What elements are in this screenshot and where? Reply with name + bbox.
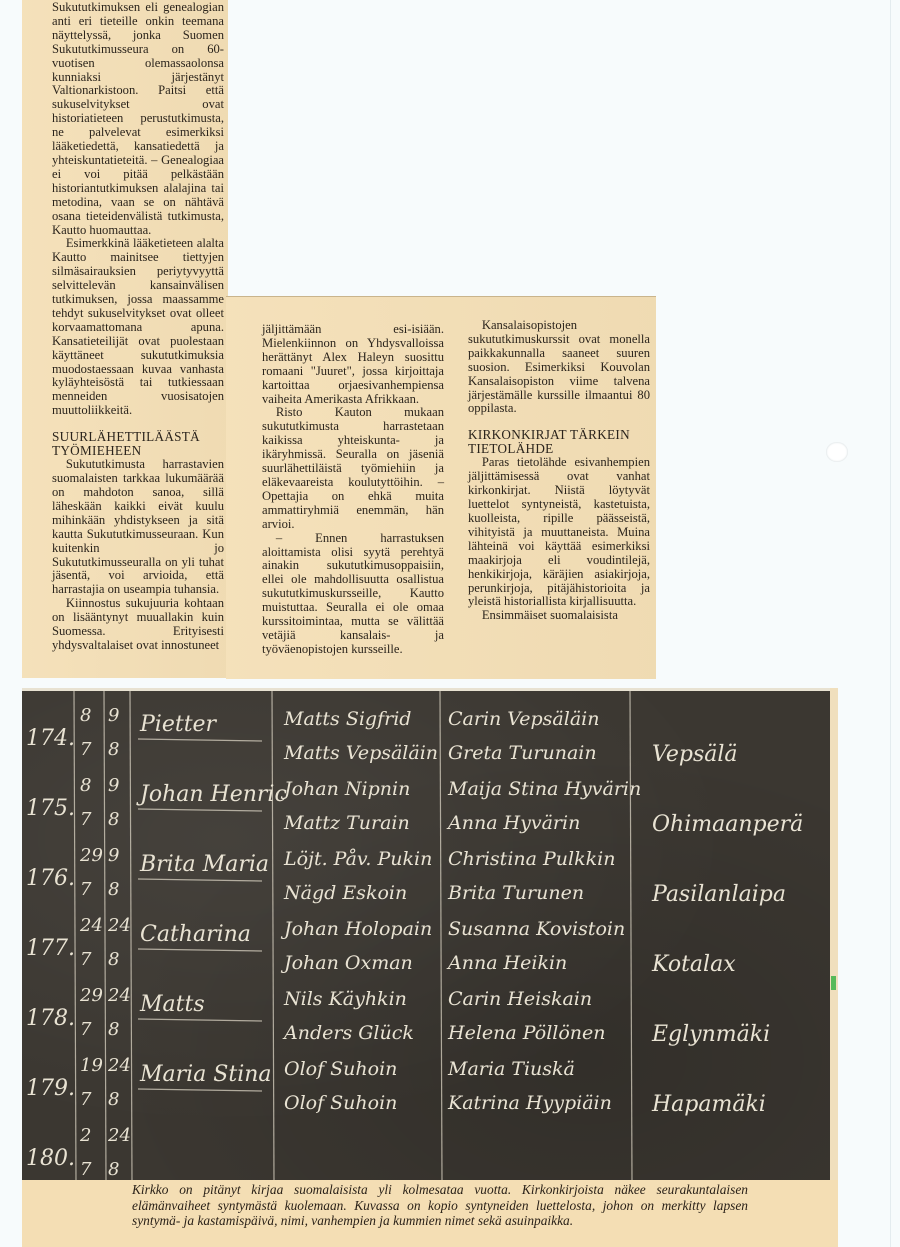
paragraph: Sukututkimuksen eli genealogian anti eri… (52, 1, 224, 237)
svg-text:Anna Heikin: Anna Heikin (446, 952, 567, 974)
svg-text:Olof Suhoin: Olof Suhoin (284, 1092, 397, 1114)
register-photo: 174.8978PietterMatts SigfridMatts Vepsäl… (22, 688, 830, 1183)
svg-text:19: 19 (80, 1055, 103, 1076)
svg-text:8: 8 (80, 705, 91, 726)
svg-text:7: 7 (80, 1019, 92, 1040)
svg-text:Catharina: Catharina (140, 922, 251, 947)
svg-text:176.: 176. (26, 866, 75, 891)
svg-text:8: 8 (108, 809, 119, 830)
paragraph: Risto Kauton mukaan sukututkimusta harra… (262, 406, 444, 531)
svg-text:Johan Holopain: Johan Holopain (280, 918, 432, 940)
svg-text:Susanna Kovistoin: Susanna Kovistoin (448, 918, 625, 940)
svg-text:Ohimaanperä: Ohimaanperä (652, 812, 803, 837)
svg-text:Kotalax: Kotalax (651, 952, 736, 977)
svg-text:24: 24 (107, 985, 131, 1006)
svg-text:7: 7 (80, 879, 92, 900)
svg-text:Matts Sigfrid: Matts Sigfrid (283, 708, 411, 730)
svg-text:9: 9 (108, 775, 119, 796)
svg-text:175.: 175. (26, 796, 75, 821)
svg-text:Carin Heiskain: Carin Heiskain (448, 988, 592, 1010)
svg-text:Johan Henric: Johan Henric (136, 782, 287, 807)
article-column-3: Kansalaisopistojen sukututkimuskurssit o… (468, 319, 650, 623)
paragraph: Esimerkkinä lääketieteen alalta Kautto m… (52, 237, 224, 418)
svg-text:Maria Tiuskä: Maria Tiuskä (447, 1058, 575, 1080)
svg-text:8: 8 (108, 1089, 119, 1110)
svg-text:178.: 178. (26, 1006, 75, 1031)
svg-text:Johan Oxman: Johan Oxman (280, 952, 413, 974)
paragraph: Ensimmäiset suomalaisista (468, 609, 650, 623)
svg-text:Greta Turunain: Greta Turunain (448, 742, 597, 764)
punch-hole (826, 442, 848, 462)
svg-text:8: 8 (108, 879, 119, 900)
svg-text:Mattz Turain: Mattz Turain (283, 812, 410, 834)
svg-text:Anna Hyvärin: Anna Hyvärin (446, 812, 580, 834)
svg-text:Anders Glück: Anders Glück (282, 1022, 414, 1044)
svg-text:7: 7 (80, 739, 92, 760)
article-column-2: jäljittämään esi-isiään. Mielenkiinnon o… (262, 323, 444, 657)
svg-text:7: 7 (80, 1089, 92, 1110)
svg-text:8: 8 (108, 1159, 119, 1180)
svg-text:Helena Pöllönen: Helena Pöllönen (447, 1022, 606, 1044)
svg-text:Nils Käyhkin: Nils Käyhkin (283, 988, 407, 1010)
svg-text:Pasilanlaipa: Pasilanlaipa (651, 882, 786, 907)
svg-text:24: 24 (107, 1125, 131, 1146)
caption-text: Kirkko on pitänyt kirjaa suomalaisista y… (132, 1182, 748, 1229)
subheading: SUURLÄHETTILÄÄSTÄ TYÖMIEHEEN (52, 430, 224, 458)
svg-text:8: 8 (108, 739, 119, 760)
svg-text:9: 9 (108, 845, 119, 866)
subheading: KIRKONKIRJAT TÄRKEIN TIETOLÄHDE (468, 428, 650, 456)
svg-text:Carin Vepsäläin: Carin Vepsäläin (448, 708, 599, 730)
green-mark (831, 976, 836, 990)
svg-text:Maria Stina: Maria Stina (139, 1062, 272, 1087)
svg-text:7: 7 (80, 809, 92, 830)
svg-text:24: 24 (107, 1055, 131, 1076)
scan-edge (890, 0, 891, 1247)
svg-text:Pietter: Pietter (139, 712, 218, 737)
svg-text:Hapamäki: Hapamäki (651, 1092, 766, 1117)
svg-text:Johan Nipnin: Johan Nipnin (280, 778, 410, 800)
svg-text:29: 29 (79, 985, 103, 1006)
svg-text:Christina Pulkkin: Christina Pulkkin (448, 848, 615, 870)
svg-text:8: 8 (108, 1019, 119, 1040)
svg-text:177.: 177. (26, 936, 75, 961)
handwritten-register: 174.8978PietterMatts SigfridMatts Vepsäl… (22, 691, 830, 1183)
svg-text:Brita Maria: Brita Maria (139, 852, 269, 877)
paragraph: Paras tietolähde esivanhempien jäljittäm… (468, 456, 650, 609)
svg-text:Matts: Matts (139, 992, 205, 1017)
paragraph: jäljittämään esi-isiään. Mielenkiinnon o… (262, 323, 444, 406)
svg-text:7: 7 (80, 1159, 92, 1180)
svg-text:7: 7 (80, 949, 92, 970)
svg-text:179.: 179. (26, 1076, 75, 1101)
svg-text:2: 2 (79, 1125, 91, 1146)
article-column-1: Sukututkimuksen eli genealogian anti eri… (52, 1, 224, 653)
svg-text:Olof Suhoin: Olof Suhoin (284, 1058, 397, 1080)
paragraph: – Ennen harrastuksen aloittamista olisi … (262, 532, 444, 657)
photo-caption: Kirkko on pitänyt kirjaa suomalaisista y… (22, 1180, 838, 1247)
svg-text:Matts Vepsäläin: Matts Vepsäläin (283, 742, 438, 764)
svg-text:Nägd Eskoin: Nägd Eskoin (283, 882, 407, 904)
paragraph: Kansalaisopistojen sukututkimuskurssit o… (468, 319, 650, 416)
svg-text:180.: 180. (26, 1146, 75, 1171)
svg-text:Löjt. Påv. Pukin: Löjt. Påv. Pukin (283, 848, 432, 870)
svg-text:174.: 174. (26, 726, 75, 751)
svg-text:24: 24 (107, 915, 131, 936)
photo-edge-strip (830, 688, 838, 1180)
svg-text:Katrina Hyypiäin: Katrina Hyypiäin (447, 1092, 612, 1114)
svg-text:9: 9 (108, 705, 119, 726)
svg-text:8: 8 (80, 775, 91, 796)
svg-text:Brita Turunen: Brita Turunen (447, 882, 584, 904)
paragraph: Sukututkimusta harrastavien suomalaisten… (52, 458, 224, 597)
svg-text:Maija Stina Hyvärin: Maija Stina Hyvärin (447, 778, 641, 800)
svg-text:8: 8 (108, 949, 119, 970)
paragraph: Kiinnostus sukujuuria kohtaan on lisäänt… (52, 597, 224, 653)
svg-text:29: 29 (79, 845, 103, 866)
svg-text:Vepsälä: Vepsälä (652, 742, 738, 767)
svg-text:24: 24 (79, 915, 103, 936)
svg-text:Eglynmäki: Eglynmäki (651, 1022, 770, 1047)
